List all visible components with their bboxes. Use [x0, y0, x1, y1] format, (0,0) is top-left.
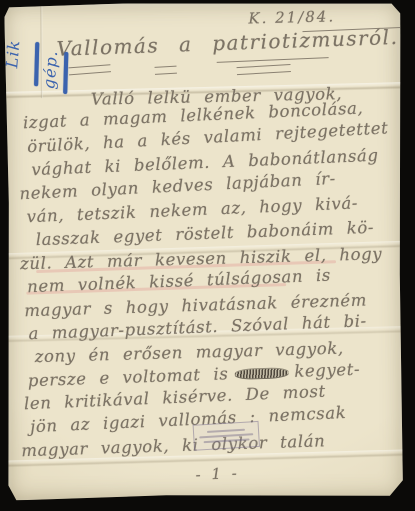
crossed-out-word [234, 368, 288, 379]
scanned-manuscript-page: K. 21/84. Vallomás a patriotizmusról. Li… [0, 0, 415, 511]
blue-margin-note-2: gép. [39, 49, 61, 89]
blue-margin-bar [63, 52, 68, 94]
blue-margin-note-1: Lik [2, 39, 23, 69]
double-underline-mark [155, 66, 177, 75]
double-underline-mark [68, 64, 110, 75]
underline-mark [217, 57, 329, 63]
line-text-after-deletion: kegyet- [294, 359, 360, 380]
archive-stamp [193, 421, 260, 451]
page-title: Vallomás a patriotizmusról. [56, 25, 398, 61]
blue-margin-bar [34, 42, 39, 86]
double-underline-mark [237, 64, 291, 75]
paper-sheet: K. 21/84. Vallomás a patriotizmusról. Li… [4, 2, 403, 501]
page-number: - 1 - [195, 464, 240, 484]
manuscript-body: Valló lelkü ember vagyok, izgat a magam … [17, 88, 394, 465]
archival-number: K. 21/84. [248, 7, 335, 27]
